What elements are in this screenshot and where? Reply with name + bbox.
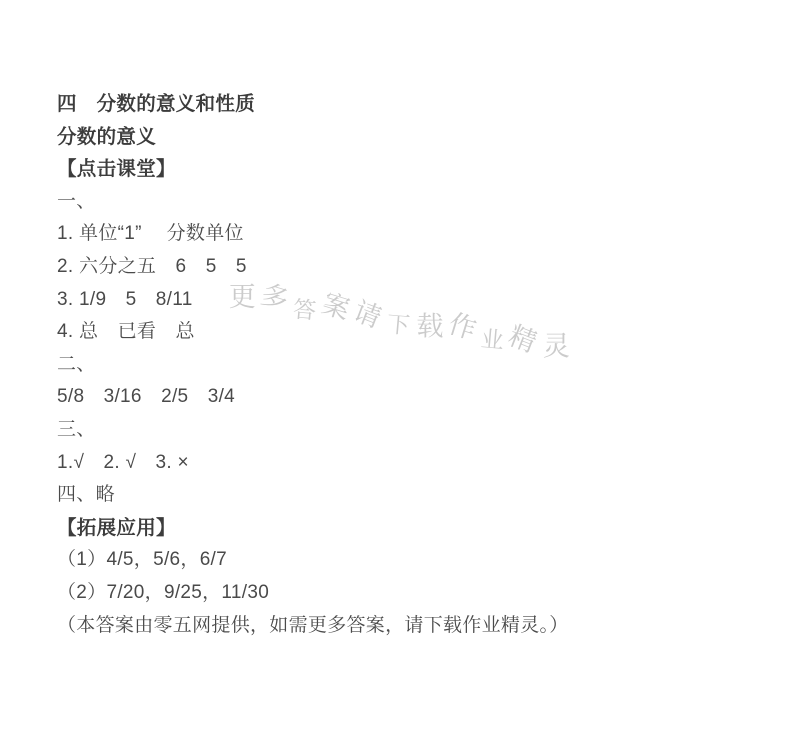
answer-line-2: 2. 六分之五 6 5 5 [57, 251, 757, 284]
part-three-answers: 1.√ 2. √ 3. × [57, 447, 757, 480]
part-one-label: 一、 [57, 186, 757, 219]
answer-line-4: 4. 总 已看 总 [57, 316, 757, 349]
answer-page: 四 分数的意义和性质 分数的意义 【点击课堂】 一、 1. 单位“1” 分数单位… [0, 0, 800, 731]
answer-line-1: 1. 单位“1” 分数单位 [57, 218, 757, 251]
extension-answer-2: （2）7/20，9/25，11/30 [57, 577, 757, 610]
chapter-title: 四 分数的意义和性质 [57, 88, 757, 121]
section-heading-tuozhan: 【拓展应用】 [57, 512, 757, 545]
section-heading-dianji: 【点击课堂】 [57, 153, 757, 186]
answer-line-3: 3. 1/9 5 8/11 [57, 284, 757, 317]
extension-answer-1: （1）4/5，5/6，6/7 [57, 544, 757, 577]
part-four-answer: 四、略 [57, 479, 757, 512]
part-three-label: 三、 [57, 414, 757, 447]
answer-content: 四 分数的意义和性质 分数的意义 【点击课堂】 一、 1. 单位“1” 分数单位… [57, 88, 757, 642]
source-note: （本答案由零五网提供，如需更多答案，请下载作业精灵。） [57, 610, 757, 643]
part-two-label: 二、 [57, 349, 757, 382]
part-two-answers: 5/8 3/16 2/5 3/4 [57, 381, 757, 414]
lesson-title: 分数的意义 [57, 121, 757, 154]
